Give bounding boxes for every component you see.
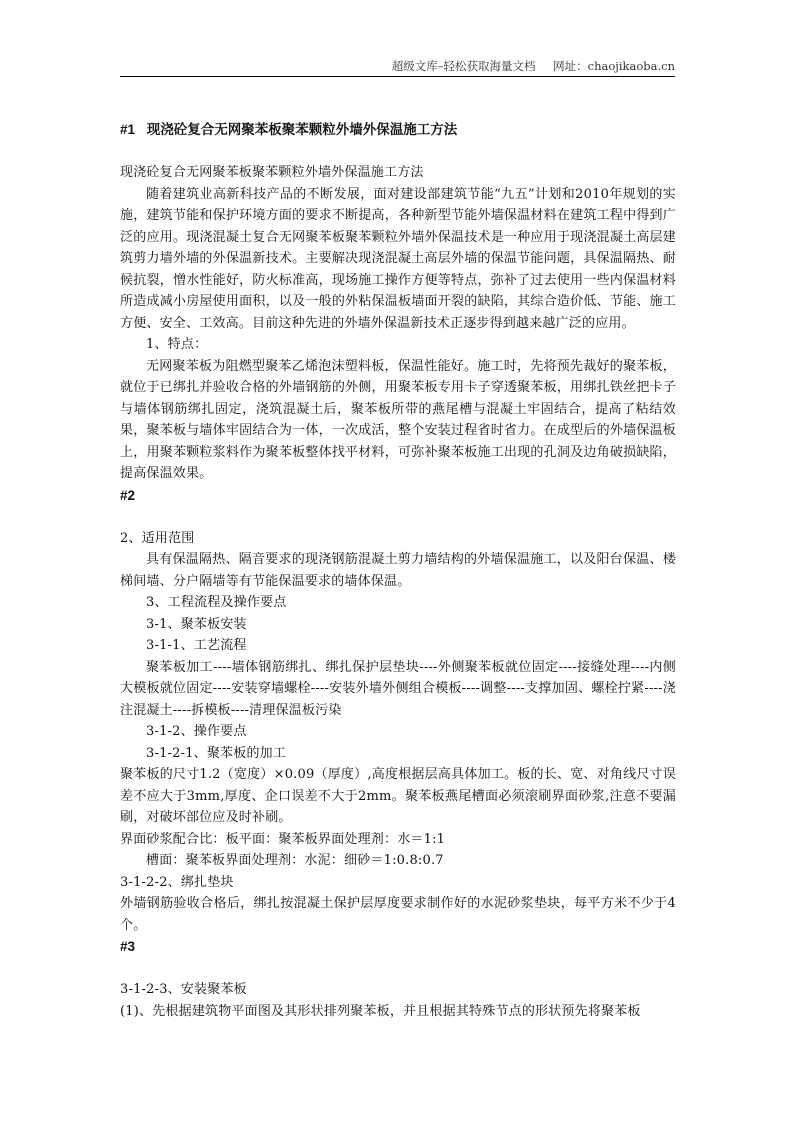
scope-paragraph: 具有保温隔热、隔音要求的现浇钢筋混凝土剪力墙结构的外墙保温施工，以及阳台保温、楼… xyxy=(120,549,676,592)
subheading-3-1-2: 3-1-2、操作要点 xyxy=(120,721,676,743)
section-marker-3: #3 xyxy=(120,936,676,958)
install-paragraph: (1)、先根据建筑物平面图及其形状排列聚苯板，并且根据其特殊节点的形状预先将聚苯… xyxy=(120,1001,676,1023)
subheading-3-1: 3-1、聚苯板安装 xyxy=(120,614,676,636)
subheading-3-1-1: 3-1-1、工艺流程 xyxy=(120,635,676,657)
blank-line xyxy=(120,506,676,528)
scope-heading: 2、适用范围 xyxy=(120,528,676,550)
subheading-3-1-2-3: 3-1-2-3、安装聚苯板 xyxy=(120,979,676,1001)
section-title: 现浇砼复合无网聚苯板聚苯颗粒外墙外保温施工方法 xyxy=(147,122,458,137)
page-header: 超级文库–轻松获取海量文档 网址：chaojikaoba.cn xyxy=(120,58,675,77)
blank-line xyxy=(120,958,676,980)
process-heading: 3、工程流程及操作要点 xyxy=(120,592,676,614)
site-label: 超级文库–轻松获取海量文档 xyxy=(392,59,536,73)
document-title: 现浇砼复合无网聚苯板聚苯颗粒外墙外保温施工方法 xyxy=(120,162,676,184)
document-body: #1 现浇砼复合无网聚苯板聚苯颗粒外墙外保温施工方法 现浇砼复合无网聚苯板聚苯颗… xyxy=(120,119,676,1022)
section-heading-1: #1 现浇砼复合无网聚苯板聚苯颗粒外墙外保温施工方法 xyxy=(120,119,676,140)
blank-line xyxy=(120,140,676,162)
subheading-3-1-2-2: 3-1-2-2、绑扎垫块 xyxy=(120,872,676,894)
site-url: 网址：chaojikaoba.cn xyxy=(553,59,675,73)
intro-paragraph: 随着建筑业高新科技产品的不断发展，面对建设部建筑节能“九五”计划和2010年规划… xyxy=(120,184,676,335)
processing-paragraph: 聚苯板的尺寸1.2（宽度）×0.09（厚度）,高度根据层高具体加工。板的长、宽、… xyxy=(120,764,676,829)
section-marker: #1 xyxy=(120,122,135,137)
mix-ratio-line-1: 界面砂浆配合比：板平面：聚苯板界面处理剂：水＝1:1 xyxy=(120,829,676,851)
blocks-paragraph: 外墙钢筋验收合格后，绑扎按混凝土保护层厚度要求制作好的水泥砂浆垫块，每平方米不少… xyxy=(120,893,676,936)
subheading-3-1-2-1: 3-1-2-1、聚苯板的加工 xyxy=(120,743,676,765)
features-paragraph: 无网聚苯板为阻燃型聚苯乙烯泡沫塑料板，保温性能好。施工时，先将预先裁好的聚苯板，… xyxy=(120,356,676,485)
flow-paragraph: 聚苯板加工----墙体钢筋绑扎、绑扎保护层垫块----外侧聚苯板就位固定----… xyxy=(120,657,676,722)
features-heading: 1、特点： xyxy=(120,334,676,356)
mix-ratio-line-2: 槽面：聚苯板界面处理剂：水泥：细砂＝1:0.8:0.7 xyxy=(120,850,676,872)
section-marker-2: #2 xyxy=(120,485,676,507)
